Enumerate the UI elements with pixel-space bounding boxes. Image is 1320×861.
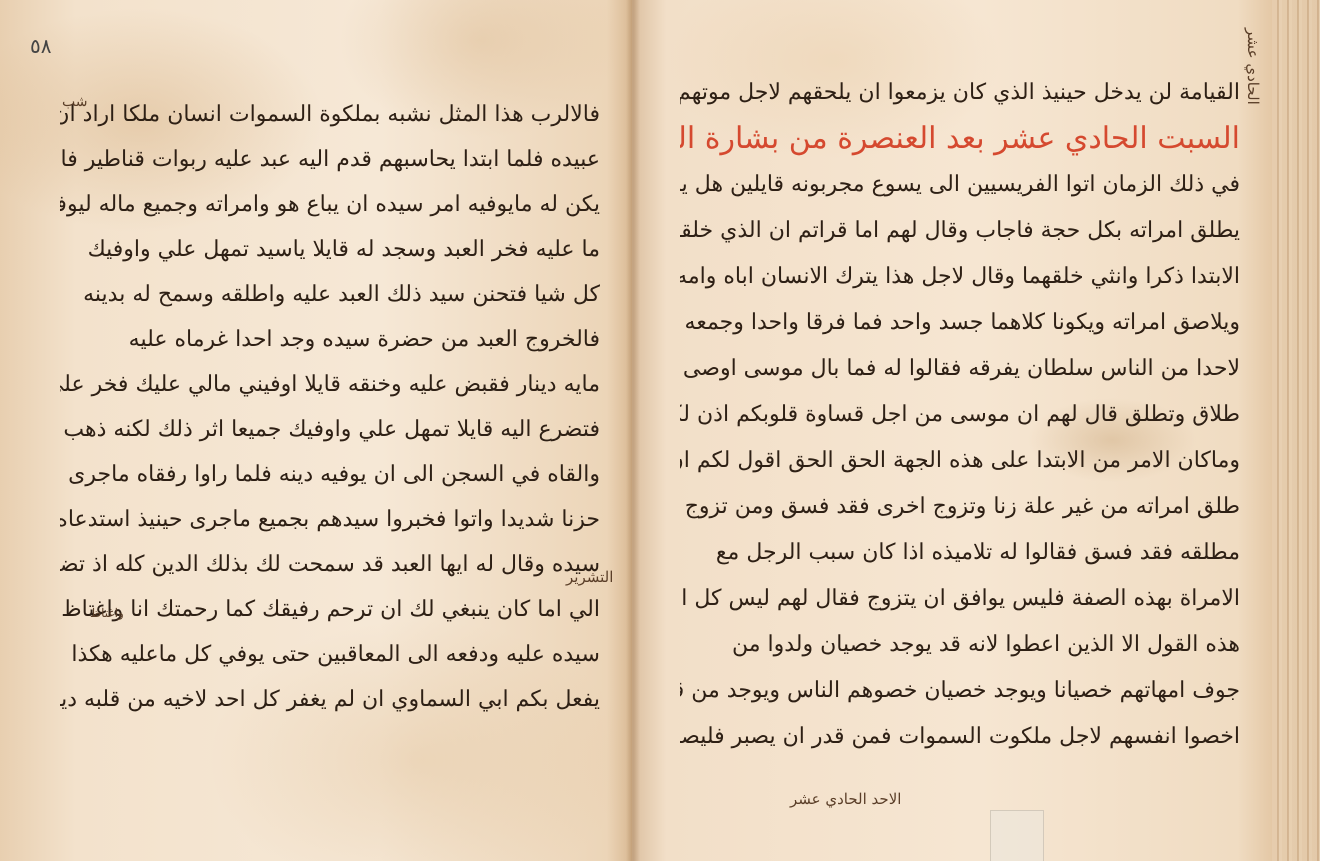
text-line: ما عليه فخر العبد وسجد له قايلا ياسيد تم… <box>60 227 600 272</box>
text-line: كل شيا فتحنن سيد ذلك العبد عليه واطلقه و… <box>60 272 600 317</box>
book-gutter <box>626 0 640 861</box>
text-line: يكن له مايوفيه امر سيده ان يباع هو وامرا… <box>60 182 600 227</box>
text-line: الي اما كان ينبغي لك ان ترحم رفيقك كما ر… <box>60 587 600 632</box>
interlinear-note: واغتاظ <box>90 606 124 620</box>
page-edges <box>1272 0 1320 861</box>
margin-note: الحادي عشر <box>1244 28 1262 105</box>
right-page-text: القيامة لن يدخل حينيذ الذي كان يزمعوا ان… <box>680 70 1240 760</box>
text-line: جوف امهاتهم خصيانا ويوجد خصيان خصوهم الن… <box>680 668 1240 714</box>
text-line: والقاه في السجن الى ان يوفيه دينه فلما ر… <box>60 452 600 497</box>
left-page: ٥٨ فالالرب هذا المثل نشبه بملكوة السموات… <box>0 0 632 861</box>
repair-tape <box>990 810 1044 861</box>
text-line: الامراة بهذه الصفة فليس يوافق ان يتزوج ف… <box>680 576 1240 622</box>
text-line: يفعل بكم ابي السماوي ان لم يغفر كل احد ل… <box>60 677 600 722</box>
text-line: في ذلك الزمان اتوا الفريسيين الى يسوع مج… <box>680 162 1240 208</box>
rubric-heading: السبت الحادي عشر بعد العنصرة من بشارة ال… <box>680 116 1240 162</box>
folio-number: ٥٨ <box>30 34 51 58</box>
margin-note: التشرير <box>566 568 613 586</box>
text-line: لاحدا من الناس سلطان يفرقه فقالوا له فما… <box>680 346 1240 392</box>
text-line: الابتدا ذكرا وانثي خلقهما وقال لاجل هذا … <box>680 254 1240 300</box>
text-line: وماكان الامر من الابتدا على هذه الجهة ال… <box>680 438 1240 484</box>
left-page-text: فالالرب هذا المثل نشبه بملكوة السموات ان… <box>60 92 600 722</box>
margin-note: شب <box>62 94 87 110</box>
text-line: اخصوا انفسهم لاجل ملكوت السموات فمن قدر … <box>680 714 1240 760</box>
text-line: سيده وقال له ايها العبد قد سمحت لك بذلك … <box>60 542 600 587</box>
catchword: الاحد الحادي عشر <box>790 790 901 808</box>
text-line: فتضرع اليه قايلا تمهل علي واوفيك جميعا ا… <box>60 407 600 452</box>
text-line: هذه القول الا الذين اعطوا لانه قد يوجد خ… <box>680 622 1240 668</box>
text-line: ويلاصق امراته ويكونا كلاهما جسد واحد فما… <box>680 300 1240 346</box>
text-line: فالالرب هذا المثل نشبه بملكوة السموات ان… <box>60 92 600 137</box>
text-line: يطلق امراته بكل حجة فاجاب وقال لهم اما ق… <box>680 208 1240 254</box>
text-line: طلق امراته من غير علة زنا وتزوج اخرى فقد… <box>680 484 1240 530</box>
text-line: مايه دينار فقبض عليه وخنقه قايلا اوفيني … <box>60 362 600 407</box>
text-line: سيده عليه ودفعه الى المعاقبين حتى يوفي ك… <box>60 632 600 677</box>
text-line: طلاق وتطلق قال لهم ان موسى من اجل قساوة … <box>680 392 1240 438</box>
text-line: مطلقه فقد فسق فقالوا له تلاميذه اذا كان … <box>680 530 1240 576</box>
text-line: القيامة لن يدخل حينيذ الذي كان يزمعوا ان… <box>680 70 1240 116</box>
text-line: عبيده فلما ابتدا يحاسبهم قدم اليه عبد عل… <box>60 137 600 182</box>
text-line: حزنا شديدا واتوا فخبروا سيدهم بجميع ماجر… <box>60 497 600 542</box>
manuscript-spread: ٥٨ فالالرب هذا المثل نشبه بملكوة السموات… <box>0 0 1320 861</box>
text-line: فالخروج العبد من حضرة سيده وجد احدا غرما… <box>60 317 600 362</box>
